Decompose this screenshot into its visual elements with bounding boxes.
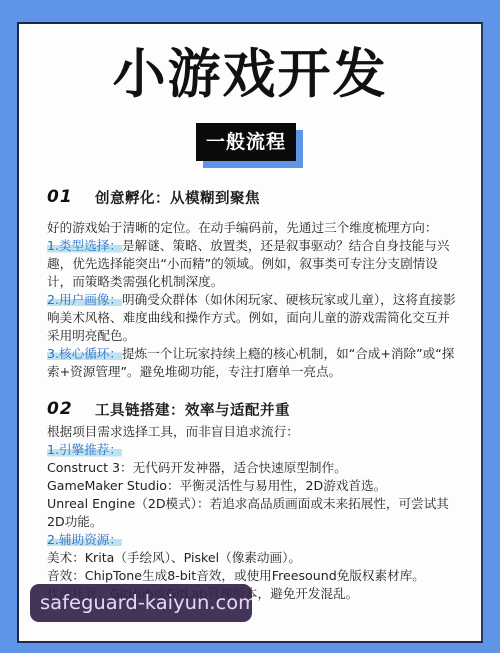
section-intro: 根据项目需求选择工具，而非盲目追求流行： [47,423,459,441]
section-number: 02 [47,399,93,419]
section-number: 01 [47,187,93,207]
section-title: 工具链搭建：效率与适配并重 [93,399,292,420]
group-label-line: 2.辅助资源： [47,531,459,549]
list-line: Construct 3：无代码开发神器，适合快速原型制作。 [47,459,459,477]
subtitle-badge: 一般流程 [196,123,301,163]
list-item: 2.用户画像：明确受众群体（如休闲玩家、硬核玩家或儿童），这将直接影响美术风格、… [47,291,459,345]
list-line: 音效：ChipTone生成8-bit音效，或使用Freesound免版权素材库。 [47,567,459,585]
section-title: 创意孵化：从模糊到聚焦 [93,187,262,208]
page-title: 小游戏开发 [0,32,500,108]
item-label: 3.核心循环： [47,346,122,361]
section-01-body: 好的游戏始于清晰的定位。在动手编码前，先通过三个维度梳理方向： 1.类型选择：是… [47,219,459,381]
list-line: GameMaker Studio：平衡灵活性与易用性，2D游戏首选。 [47,477,459,495]
group-label: 2.辅助资源： [47,532,122,547]
watermark-banner: safeguard-kaiyun.com [30,584,252,622]
section-02-body: 根据项目需求选择工具，而非盲目追求流行： 1.引擎推荐： Construct 3… [47,423,459,603]
section-intro: 好的游戏始于清晰的定位。在动手编码前，先通过三个维度梳理方向： [47,219,459,237]
group-label-line: 1.引擎推荐： [47,441,459,459]
item-label: 2.用户画像： [47,292,122,307]
list-line: 美术：Krita（手绘风）、Piskel（像素动画）。 [47,549,459,567]
section-02-heading: 02 工具链搭建：效率与适配并重 [47,398,292,420]
list-item: 1.类型选择：是解谜、策略、放置类，还是叙事驱动？结合自身技能与兴趣，优先选择能… [47,237,459,291]
list-item: 3.核心循环：提炼一个让玩家持续上瘾的核心机制，如“合成+消除”或“探索+资源管… [47,345,459,381]
section-01-heading: 01 创意孵化：从模糊到聚焦 [47,186,262,208]
group-label: 1.引擎推荐： [47,442,122,457]
item-label: 1.类型选择： [47,238,122,253]
subtitle-label: 一般流程 [196,123,296,161]
list-line: Unreal Engine（2D模式）：若追求高品质画面或未来拓展性，可尝试其2… [47,495,459,531]
